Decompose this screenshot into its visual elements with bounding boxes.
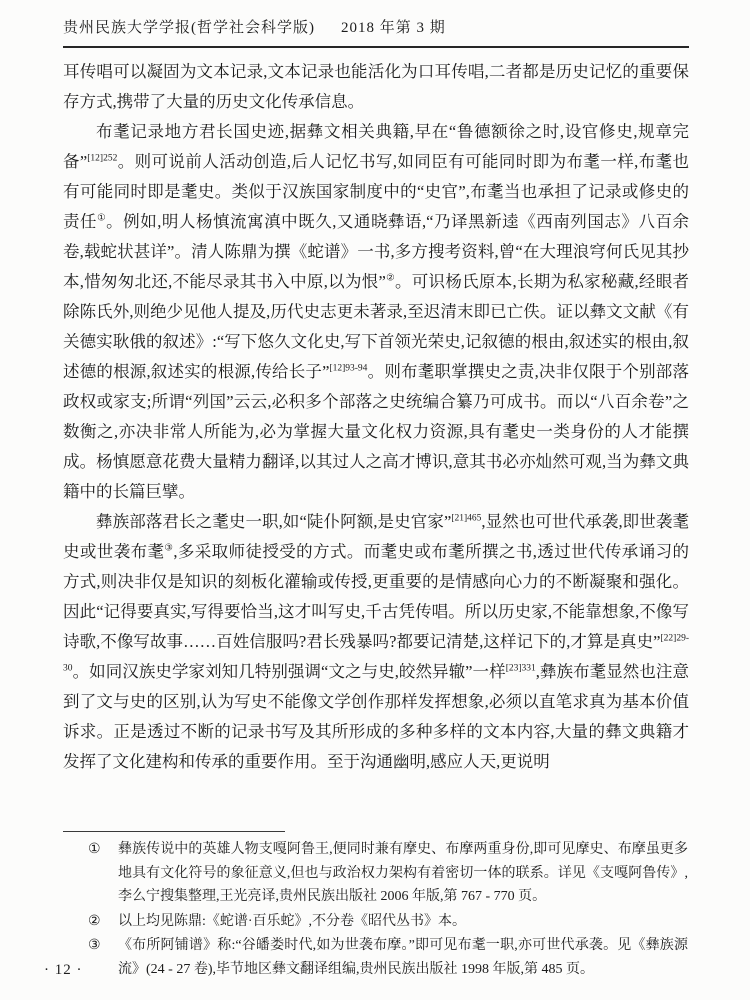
text-run: 。则布耄职掌撰史之责,决非仅限于个别部落政权或家支;所谓“列国”云云,必积多个部… bbox=[63, 362, 689, 501]
citation-ref: [12]252 bbox=[87, 154, 117, 164]
footnote-item: ①彝族传说中的英雄人物支嘎阿鲁王,便同时兼有摩史、布摩两重身份,即可见摩史、布摩… bbox=[88, 838, 688, 909]
document-page: 贵州民族大学学报(哲学社会科学版)2018 年第 3 期 耳传唱可以凝固为文本记… bbox=[0, 0, 750, 1000]
paragraph: 耳传唱可以凝固为文本记录,文本记录也能活化为口耳传唱,二者都是历史记忆的重要保存… bbox=[63, 57, 689, 117]
footnote-marker: ② bbox=[88, 910, 118, 934]
citation-ref: [12]93-94 bbox=[329, 364, 367, 374]
footnote-text: 以上均见陈鼎:《蛇谱·百乐蛇》,不分卷《昭代丛书》本。 bbox=[118, 910, 688, 934]
footnote-item: ②以上均见陈鼎:《蛇谱·百乐蛇》,不分卷《昭代丛书》本。 bbox=[88, 910, 688, 934]
footnote-item: ③《布所阿铺谱》称:“谷皤娄时代,如为世袭布摩。”即可见布耄一职,亦可世代承袭。… bbox=[88, 934, 688, 981]
issue-info: 2018 年第 3 期 bbox=[341, 20, 446, 36]
footnote-ref: ② bbox=[386, 274, 395, 284]
text-run: 耳传唱可以凝固为文本记录,文本记录也能活化为口耳传唱,二者都是历史记忆的重要保存… bbox=[63, 62, 689, 111]
citation-ref: [23]331 bbox=[506, 664, 536, 674]
footnote-marker: ③ bbox=[88, 934, 118, 981]
paragraph: 彝族部落君长之耄史一职,如“陡仆阿额,是史官家”[21]465,显然也可世代承袭… bbox=[63, 507, 689, 777]
citation-ref: [21]465 bbox=[451, 514, 481, 524]
footnote-ref: ③ bbox=[164, 544, 173, 554]
page-number: · 12 · bbox=[44, 962, 83, 979]
journal-title: 贵州民族大学学报(哲学社会科学版) bbox=[63, 20, 315, 36]
text-run: 。如同汉族史学家刘知几特别强调“文之与史,皎然异辙”一样 bbox=[73, 662, 506, 681]
article-body: 耳传唱可以凝固为文本记录,文本记录也能活化为口耳传唱,二者都是历史记忆的重要保存… bbox=[63, 57, 689, 777]
footnotes: ①彝族传说中的英雄人物支嘎阿鲁王,便同时兼有摩史、布摩两重身份,即可见摩史、布摩… bbox=[88, 838, 688, 982]
footnote-ref: ① bbox=[97, 214, 106, 224]
header-divider bbox=[63, 46, 689, 48]
footnote-text: 彝族传说中的英雄人物支嘎阿鲁王,便同时兼有摩史、布摩两重身份,即可见摩史、布摩虽… bbox=[118, 838, 688, 909]
page-header: 贵州民族大学学报(哲学社会科学版)2018 年第 3 期 bbox=[63, 16, 688, 37]
paragraph: 布耄记录地方君长国史迹,据彝文相关典籍,早在“鲁德额徐之时,设官修史,规章完备”… bbox=[63, 117, 689, 507]
footnote-divider bbox=[63, 831, 285, 832]
footnote-text: 《布所阿铺谱》称:“谷皤娄时代,如为世袭布摩。”即可见布耄一职,亦可世代承袭。见… bbox=[118, 934, 688, 981]
text-run: 彝族部落君长之耄史一职,如“陡仆阿额,是史官家” bbox=[96, 512, 451, 531]
footnote-marker: ① bbox=[88, 838, 118, 909]
